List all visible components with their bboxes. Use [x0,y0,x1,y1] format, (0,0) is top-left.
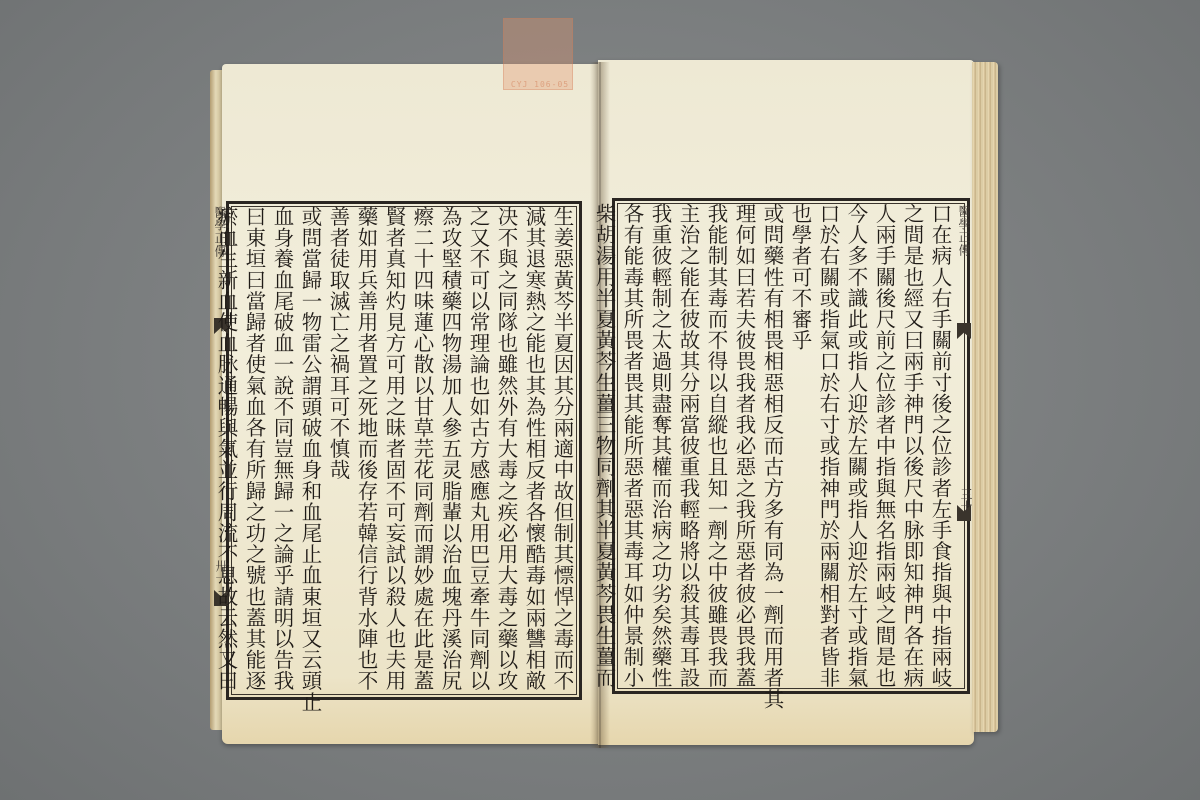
text-column: 也學者可不審乎 [786,203,814,691]
seal-caption: CYJ 106-05 [500,80,580,89]
text-column: 口於右關或指氣口於右寸或指神門於兩關相對者皆非 [814,203,842,691]
text-column: 之間是也經又曰兩手神門以後尺中脉即知神門各在病 [898,203,926,691]
text-column: 生姜惡黃芩半夏因其分兩適中故但制其慓悍之毒而不 [548,206,576,694]
text-column: 瘵二十四味蓮心散以甘草芫花同劑而謂妙處在此是蓋 [408,206,436,694]
text-column: 决不與之同隊也雖然外有大毒之疾必用大毒之藥以攻 [492,206,520,694]
text-column: 或問藥性有相畏相惡相反而古方多有同為一劑而用者其 [758,203,786,691]
text-column: 我重彼輕制之太過則盡奪其權而治病之功劣矣然藥性 [646,203,674,691]
text-column: 瘀血生新血使血脉通暢與氣並行周流不息故云然又曰 [212,206,240,694]
text-column: 口在病人右手關前寸後之位診者左手食指與中指兩岐 [926,203,954,691]
text-column: 人兩手關後尺前之位診者中指與無名指兩岐之間是也 [870,203,898,691]
text-column: 柴胡湯用半夏黃芩生薑三物同劑其半夏黃芩畏生薑而 [590,203,618,691]
text-column: 之又不可以常理論也如古方感應丸用巴豆牽牛同劑以 [464,206,492,694]
text-column: 曰東垣曰當歸者使氣血各有所歸之功之號也蓋其能逐 [240,206,268,694]
text-column: 或問當歸一物雷公謂頭破血身和血尾止血東垣又云頭止 [296,206,324,694]
text-column: 理何如曰若夫彼畏我者我必惡之我所惡者彼必畏我蓋 [730,203,758,691]
text-column: 各有能毒其所畏者畏其能所惡者惡其毒耳如仲景制小 [618,203,646,691]
text-column: 血身養血尾破血一說不同豈無歸一之論乎請明以告我 [268,206,296,694]
text-column: 主治之能在彼故其分兩當彼重我輕略將以殺其毒耳設 [674,203,702,691]
right-page-number: 三十 [958,488,975,512]
text-column: 善者徒取滅亡之禍耳可不慎哉 [324,206,352,694]
text-column: 減其退寒熱之能也其為性相反者各懷酷毒如兩讐相敵 [520,206,548,694]
text-column: 藥如用兵善用者置之死地而後存若韓信行背水陣也不 [352,206,380,694]
text-column: 賢者真知灼見方可用之昧者固不可妄試以殺人也夫用 [380,206,408,694]
right-margin-title: 醫學正傳 [956,205,973,257]
right-page-body-text: 口在病人右手關前寸後之位診者左手食指與中指兩岐 之間是也經又曰兩手神門以後尺中脉… [618,203,954,691]
right-page-stack-edge [972,62,998,732]
text-column: 我能制其毒而不得以自縱也且知一劑之中彼雖畏我而 [702,203,730,691]
text-column: 為攻堅積藥四物湯加人參五灵脂輩以治血塊丹溪治尻 [436,206,464,694]
left-page-body-text: 生姜惡黃芩半夏因其分兩適中故但制其慓悍之毒而不 減其退寒熱之能也其為性相反者各懷… [232,206,576,694]
text-column: 今人多不識此或指人迎於左關或指人迎於左寸或指氣 [842,203,870,691]
